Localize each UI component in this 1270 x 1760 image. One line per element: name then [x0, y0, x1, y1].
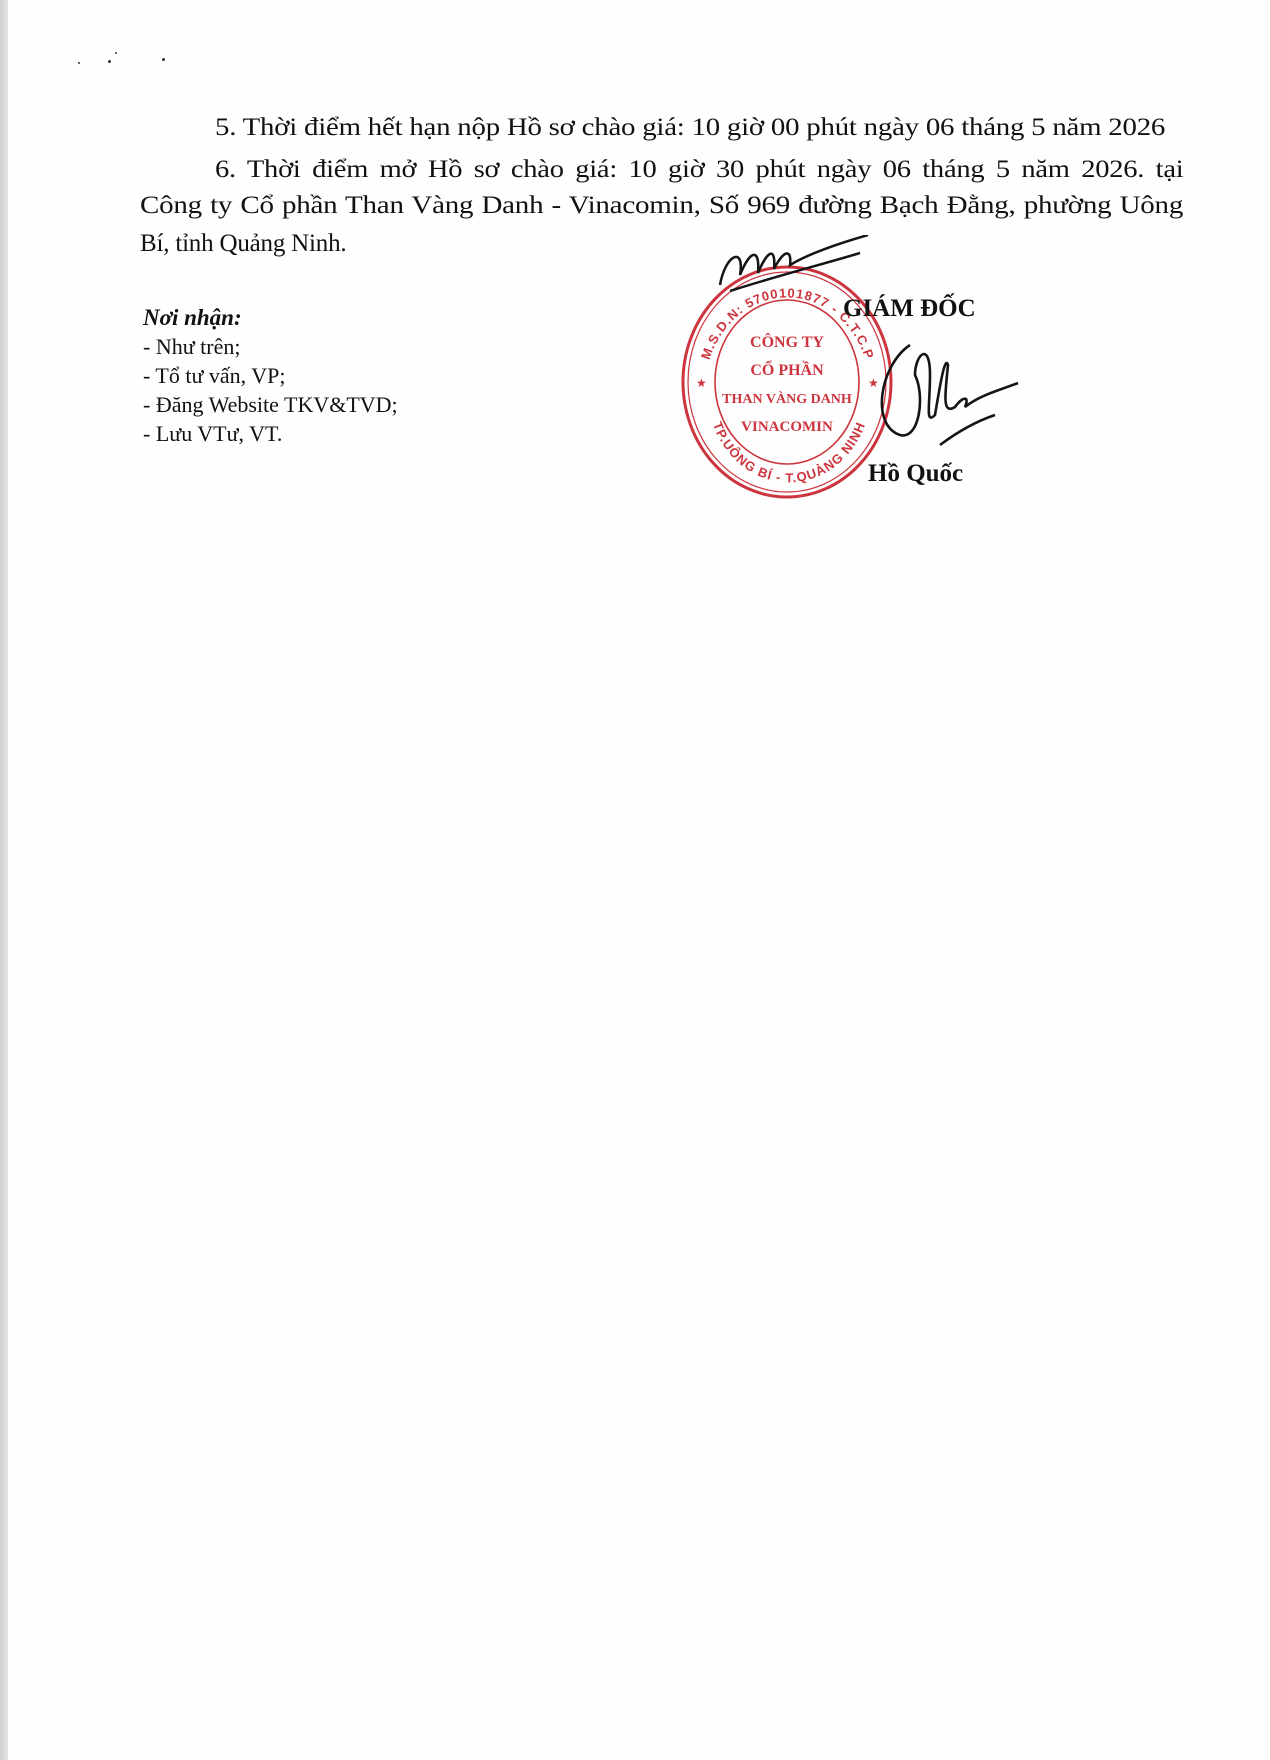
recipients-list: - Như trên; - Tổ tư vấn, VP; - Đăng Webs…: [143, 332, 398, 448]
signatory-position: GIÁM ĐỐC: [843, 295, 976, 323]
svg-text:★: ★: [868, 376, 879, 390]
item-5-deadline: 5. Thời điểm hết hạn nộp Hồ sơ chào giá:…: [215, 113, 1165, 143]
item-6-opening-line1: 6. Thời điểm mở Hồ sơ chào giá: 10 giờ 3…: [215, 155, 1183, 185]
recipients-block: Nơi nhận: - Như trên; - Tổ tư vấn, VP; -…: [143, 303, 398, 448]
stamp-line-2: CỔ PHẦN: [750, 359, 824, 379]
document-page: [8, 0, 1270, 1760]
item-6-opening-line2: Công ty Cổ phần Than Vàng Danh - Vinacom…: [140, 191, 1183, 221]
page-left-edge: [0, 0, 8, 1760]
recipient-item: - Lưu VTư, VT.: [143, 419, 398, 448]
scan-speck: [115, 52, 117, 54]
stamp-line-1: CÔNG TY: [750, 332, 824, 351]
recipients-title: Nơi nhận:: [143, 303, 398, 332]
stamp-line-4: VINACOMIN: [741, 419, 833, 435]
recipient-item: - Như trên;: [143, 332, 398, 361]
recipient-item: - Tổ tư vấn, VP;: [143, 361, 398, 390]
scan-speck: [162, 58, 165, 61]
signatory-name: Hồ Quốc: [868, 460, 963, 488]
item-6-opening-line3: Bí, tỉnh Quảng Ninh.: [140, 229, 346, 259]
scan-speck: [78, 62, 80, 64]
scan-speck: [108, 60, 111, 63]
stamp-line-3: THAN VÀNG DANH: [722, 390, 852, 407]
recipient-item: - Đăng Website TKV&TVD;: [143, 390, 398, 419]
svg-text:★: ★: [696, 376, 707, 390]
